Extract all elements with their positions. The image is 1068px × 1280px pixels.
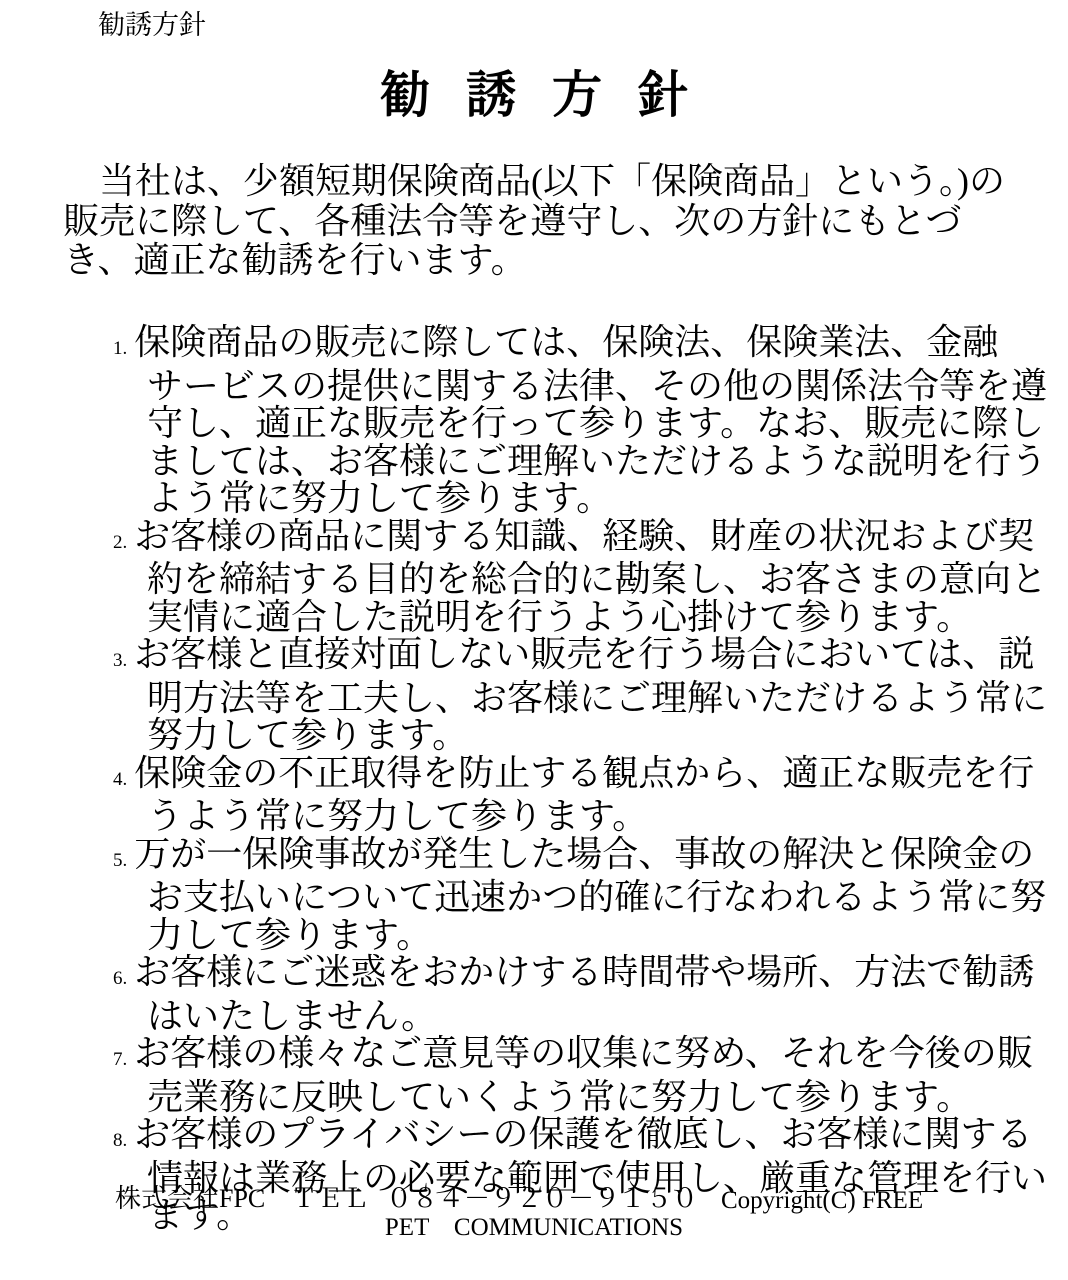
intro-line: 販売に際して、各種法令等を遵守し、次の方針にもとづ <box>63 202 1023 242</box>
policy-item-line: 4.保険金の不正取得を防止する観点から、適正な販売を行 <box>95 755 1025 799</box>
policy-item-line: 努力して参ります。 <box>95 717 1025 755</box>
policy-item: 2.お客様の商品に関する知識、経験、財産の状況および契約を締結する目的を総合的に… <box>95 518 1025 637</box>
policy-item-line: 守し、適正な販売を行って参ります。なお、販売に際し <box>95 405 1025 443</box>
policy-item-number: 4. <box>113 769 127 790</box>
policy-item-line: お支払いについて迅速かつ的確に行なわれるよう常に努 <box>95 879 1025 917</box>
policy-item-number: 7. <box>113 1049 127 1070</box>
page-header-label: 勧誘方針 <box>98 10 206 40</box>
document-page: 勧誘方針 勧誘方針 当社は、少額短期保険商品(以下「保険商品」という。)の 販売… <box>0 0 1068 1280</box>
policy-item: 1.保険商品の販売に際しては、保険法、保険業法、金融サービスの提供に関する法律、… <box>95 324 1025 518</box>
footer-copyright-part1: Copyright(C) FREE <box>721 1186 923 1216</box>
policy-item-line: 売業務に反映していくよう常に努力して参ります。 <box>95 1079 1025 1117</box>
policy-item-line: サービスの提供に関する法律、その他の関係法令等を遵 <box>95 368 1025 406</box>
policy-item: 4.保険金の不正取得を防止する観点から、適正な販売を行うよう常に努力して参ります… <box>95 755 1025 836</box>
footer-company-name: 株式会社FPC <box>115 1184 265 1214</box>
intro-line: き、適正な勧誘を行います。 <box>63 241 1023 281</box>
intro-line: 当社は、少額短期保険商品(以下「保険商品」という。)の <box>63 162 1023 202</box>
document-title: 勧誘方針 <box>0 64 1068 126</box>
policy-item-line: よう常に努力して参ります。 <box>95 480 1025 518</box>
policy-item-number: 1. <box>113 338 127 359</box>
policy-item-line: 3.お客様と直接対面しない販売を行う場合においては、説 <box>95 636 1025 680</box>
policy-item-line: はいたしません。 <box>95 998 1025 1036</box>
policy-item-line: 約を締結する目的を総合的に勘案し、お客さまの意向と <box>95 561 1025 599</box>
footer-copyright-part2: PET COMMUNICATIONS <box>0 1213 1068 1243</box>
policy-item: 6.お客様にご迷惑をおかけする時間帯や場所、方法で勧誘はいたしません。 <box>95 954 1025 1035</box>
policy-item-number: 2. <box>113 532 127 553</box>
policy-item: 3.お客様と直接対面しない販売を行う場合においては、説明方法等を工夫し、お客様に… <box>95 636 1025 755</box>
policy-item-line: 8.お客様のプライバシーの保護を徹底し、お客様に関する <box>95 1116 1025 1160</box>
footer-tel-label: ＴＥＬ <box>291 1184 369 1214</box>
policy-item-line: うよう常に努力して参ります。 <box>95 798 1025 836</box>
policy-item-number: 5. <box>113 850 127 871</box>
policy-item-line: 2.お客様の商品に関する知識、経験、財産の状況および契 <box>95 518 1025 562</box>
policy-item-line: 実情に適合した説明を行うよう心掛けて参ります。 <box>95 599 1025 637</box>
footer-line1: 株式会社FPC ＴＥＬ ０８４－９２０－９１５０ Copyright(C) FR… <box>0 1184 1068 1216</box>
policy-item-number: 6. <box>113 968 127 989</box>
policy-item-number: 3. <box>113 650 127 671</box>
policy-item-line: ましては、お客様にご理解いただけるような説明を行う <box>95 443 1025 481</box>
policy-list: 1.保険商品の販売に際しては、保険法、保険業法、金融サービスの提供に関する法律、… <box>95 324 1025 1235</box>
policy-item-number: 8. <box>113 1130 127 1151</box>
policy-item-line: 明方法等を工夫し、お客様にご理解いただけるよう常に <box>95 680 1025 718</box>
policy-item-line: 1.保険商品の販売に際しては、保険法、保険業法、金融 <box>95 324 1025 368</box>
document-title-text: 勧誘方針 <box>380 67 724 123</box>
policy-item-line: 5.万が一保険事故が発生した場合、事故の解決と保険金の <box>95 836 1025 880</box>
policy-item-line: 力して参ります。 <box>95 917 1025 955</box>
policy-item-line: 7.お客様の様々なご意見等の収集に努め、それを今後の販 <box>95 1035 1025 1079</box>
intro-paragraph: 当社は、少額短期保険商品(以下「保険商品」という。)の 販売に際して、各種法令等… <box>63 162 1023 281</box>
policy-item: 5.万が一保険事故が発生した場合、事故の解決と保険金のお支払いについて迅速かつ的… <box>95 836 1025 955</box>
policy-item: 7.お客様の様々なご意見等の収集に努め、それを今後の販売業務に反映していくよう常… <box>95 1035 1025 1116</box>
policy-item-line: 6.お客様にご迷惑をおかけする時間帯や場所、方法で勧誘 <box>95 954 1025 998</box>
footer-tel-number: ０８４－９２０－９１５０ <box>386 1184 698 1214</box>
